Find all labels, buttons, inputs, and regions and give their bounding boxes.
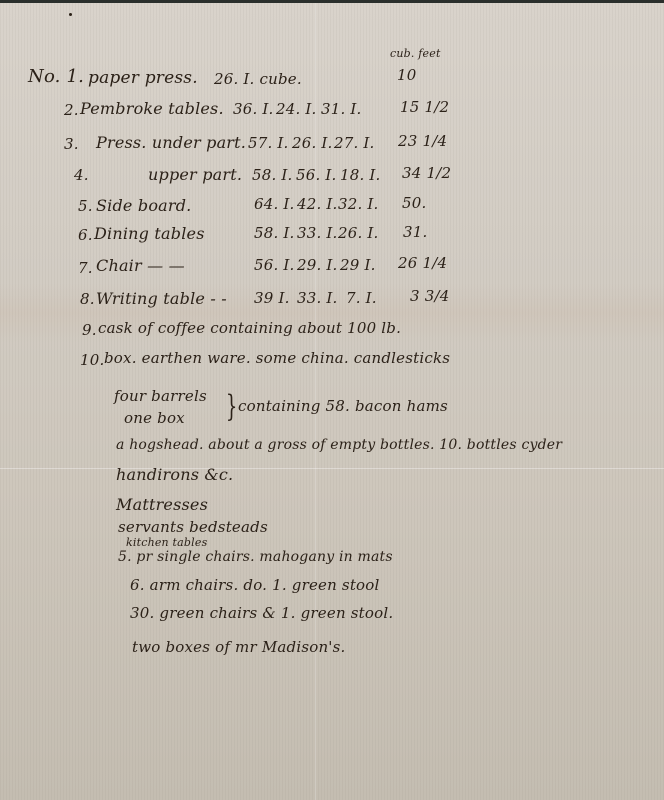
item-dimension: 26. I. cube. (214, 70, 302, 88)
item-number: 10. (80, 351, 104, 369)
ink-dot (69, 13, 72, 16)
item-cubic-feet: 31. (403, 223, 427, 241)
item-cubic-feet: 23 1/4 (398, 132, 447, 150)
item-dimension: 27. I. (334, 134, 375, 152)
item-cubic-feet: 34 1/2 (402, 164, 451, 182)
item-dimension: 7. I. (346, 289, 377, 307)
barrels-line: four barrels (114, 387, 207, 405)
item-name: upper part. (148, 165, 242, 184)
item-dimension: 26. I. (338, 224, 379, 242)
item-number: 2. (64, 101, 79, 119)
green-chairs-line: 30. green chairs & 1. green stool. (130, 604, 393, 622)
item-name: Press. under part. (96, 133, 246, 152)
brace-glyph: } (226, 389, 238, 424)
item-dimension: 36. I. (233, 100, 274, 118)
item-number: 8. (80, 290, 95, 308)
item-dimension: 58. I. (252, 166, 293, 184)
item-dimension: 56. I. (254, 256, 295, 274)
single-chairs-line: 5. pr single chairs. mahogany in mats (118, 549, 393, 565)
item-number: 9. (82, 321, 97, 339)
item-name: Side board. (96, 196, 191, 215)
item-dimension: 39 I. (254, 289, 290, 307)
item-number: No. 1. (28, 66, 84, 87)
item-name: Chair — — (96, 256, 185, 275)
column-header-cubic-feet: cub. feet (390, 47, 441, 60)
item-dimension: 26. I. (292, 134, 333, 152)
item-number: 5. (78, 197, 93, 215)
item-cubic-feet: 10 (397, 66, 417, 84)
item-dimension: 31. I. (321, 100, 362, 118)
bedsteads-line: servants bedsteads (118, 518, 268, 536)
mattresses-line: Mattresses (116, 495, 208, 514)
madison-boxes-line: two boxes of mr Madison's. (132, 638, 346, 656)
item-number: 7. (78, 259, 93, 277)
item-dimension: 18. I. (340, 166, 381, 184)
item-name: Dining tables (94, 224, 205, 243)
manuscript-page: cub. feet No. 1. paper press. 26. I. cub… (0, 3, 664, 800)
item-dimension: 58. I. (254, 224, 295, 242)
item-dimension: 56. I. (296, 166, 337, 184)
item-name: box. earthen ware. some china. candlesti… (104, 349, 450, 367)
item-name: Writing table - - (96, 289, 227, 308)
item-number: 3. (64, 135, 79, 153)
item-name: paper press. (88, 68, 198, 88)
item-cubic-feet: 3 3/4 (410, 287, 449, 305)
item-dimension: 42. I. (297, 195, 338, 213)
arm-chairs-line: 6. arm chairs. do. 1. green stool (130, 576, 380, 594)
item-dimension: 29. I. (297, 256, 338, 274)
item-cubic-feet: 50. (402, 194, 426, 212)
item-dimension: 33. I. (297, 224, 338, 242)
item-cubic-feet: 26 1/4 (398, 254, 447, 272)
horizontal-fold-line (0, 468, 664, 469)
item-number: 6. (78, 226, 93, 244)
item-dimension: 57. I. (248, 134, 289, 152)
item-dimension: 29 I. (340, 256, 376, 274)
item-dimension: 64. I. (254, 195, 295, 213)
handirons-line: handirons &c. (116, 465, 233, 484)
item-dimension: 24. I. (276, 100, 317, 118)
barrels-contents: containing 58. bacon hams (238, 397, 448, 415)
item-name: Pembroke tables. (80, 99, 224, 118)
item-number: 4. (74, 166, 89, 184)
item-dimension: 33. I. (297, 289, 338, 307)
hogshead-line: a hogshead. about a gross of empty bottl… (116, 437, 562, 453)
item-dimension: 32. I. (338, 195, 379, 213)
item-name: cask of coffee containing about 100 lb. (98, 319, 401, 337)
item-cubic-feet: 15 1/2 (400, 98, 449, 116)
box-line: one box (124, 409, 185, 427)
kitchen-tables-line: kitchen tables (126, 536, 207, 549)
